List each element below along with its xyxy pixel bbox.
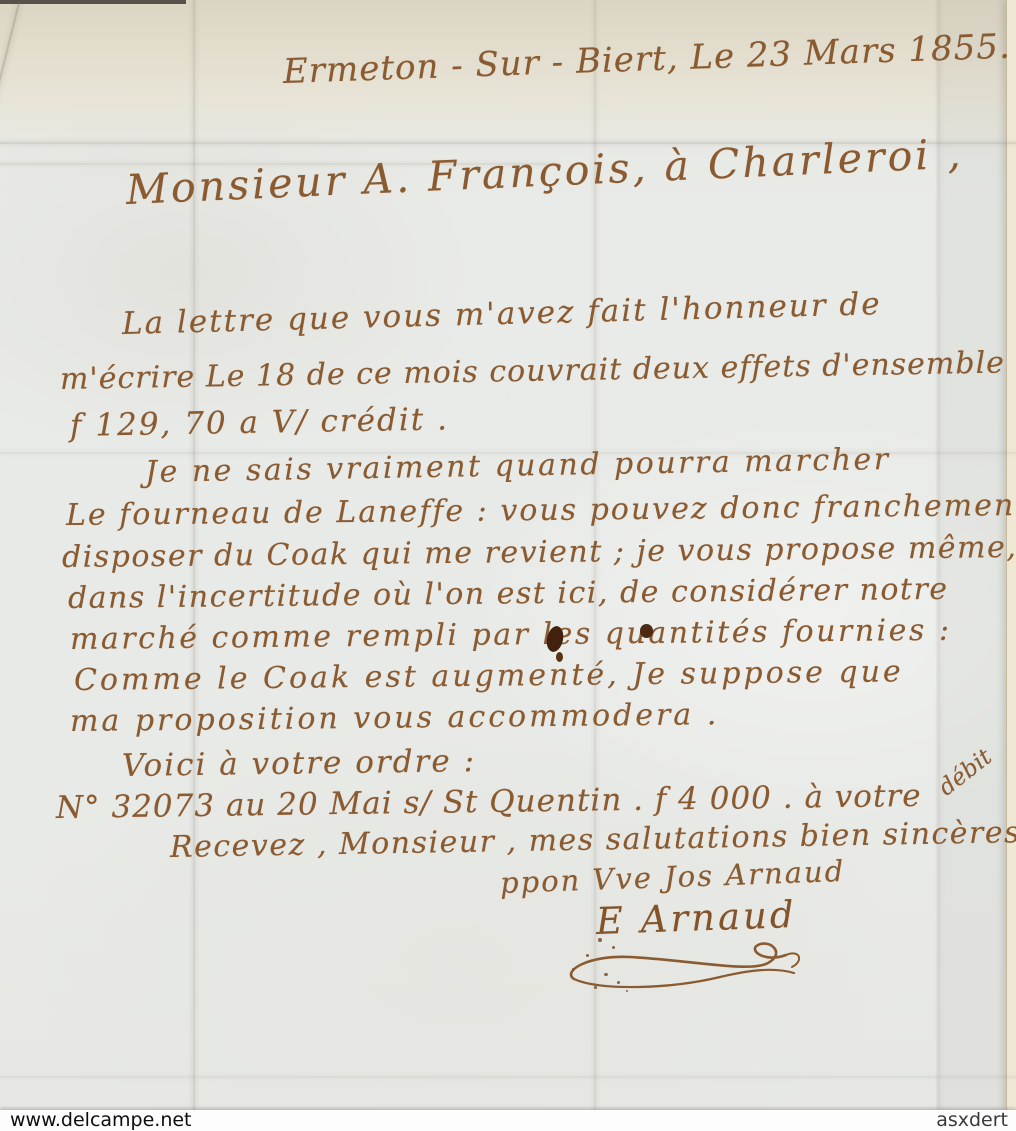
- signature-paraph-flourish: [560, 933, 810, 997]
- horizontal-crease: [0, 1076, 1016, 1078]
- ink-speck: [594, 986, 597, 989]
- ink-blot: [640, 624, 653, 638]
- watermark-asxdert: asxdert: [936, 1110, 1008, 1131]
- watermark-delcampe: www.delcampe.net: [10, 1110, 192, 1131]
- paper-top-edge: [0, 0, 186, 4]
- ink-speck: [604, 973, 608, 976]
- ink-speck: [612, 946, 615, 949]
- ink-speck: [617, 981, 620, 984]
- ink-speck: [572, 968, 574, 970]
- body-line-10: ma proposition vous accommodera .: [70, 697, 720, 739]
- ink-speck: [598, 938, 602, 942]
- ink-speck: [626, 990, 628, 992]
- order-intro-line: Voici à votre ordre :: [122, 743, 476, 784]
- ink-speck: [586, 954, 589, 957]
- letter-scan: Ermeton - Sur - Biert, Le 23 Mars 1855. …: [0, 0, 1016, 1131]
- body-line-3: f 129, 70 a V/ crédit .: [70, 401, 450, 444]
- ink-blot: [556, 652, 563, 662]
